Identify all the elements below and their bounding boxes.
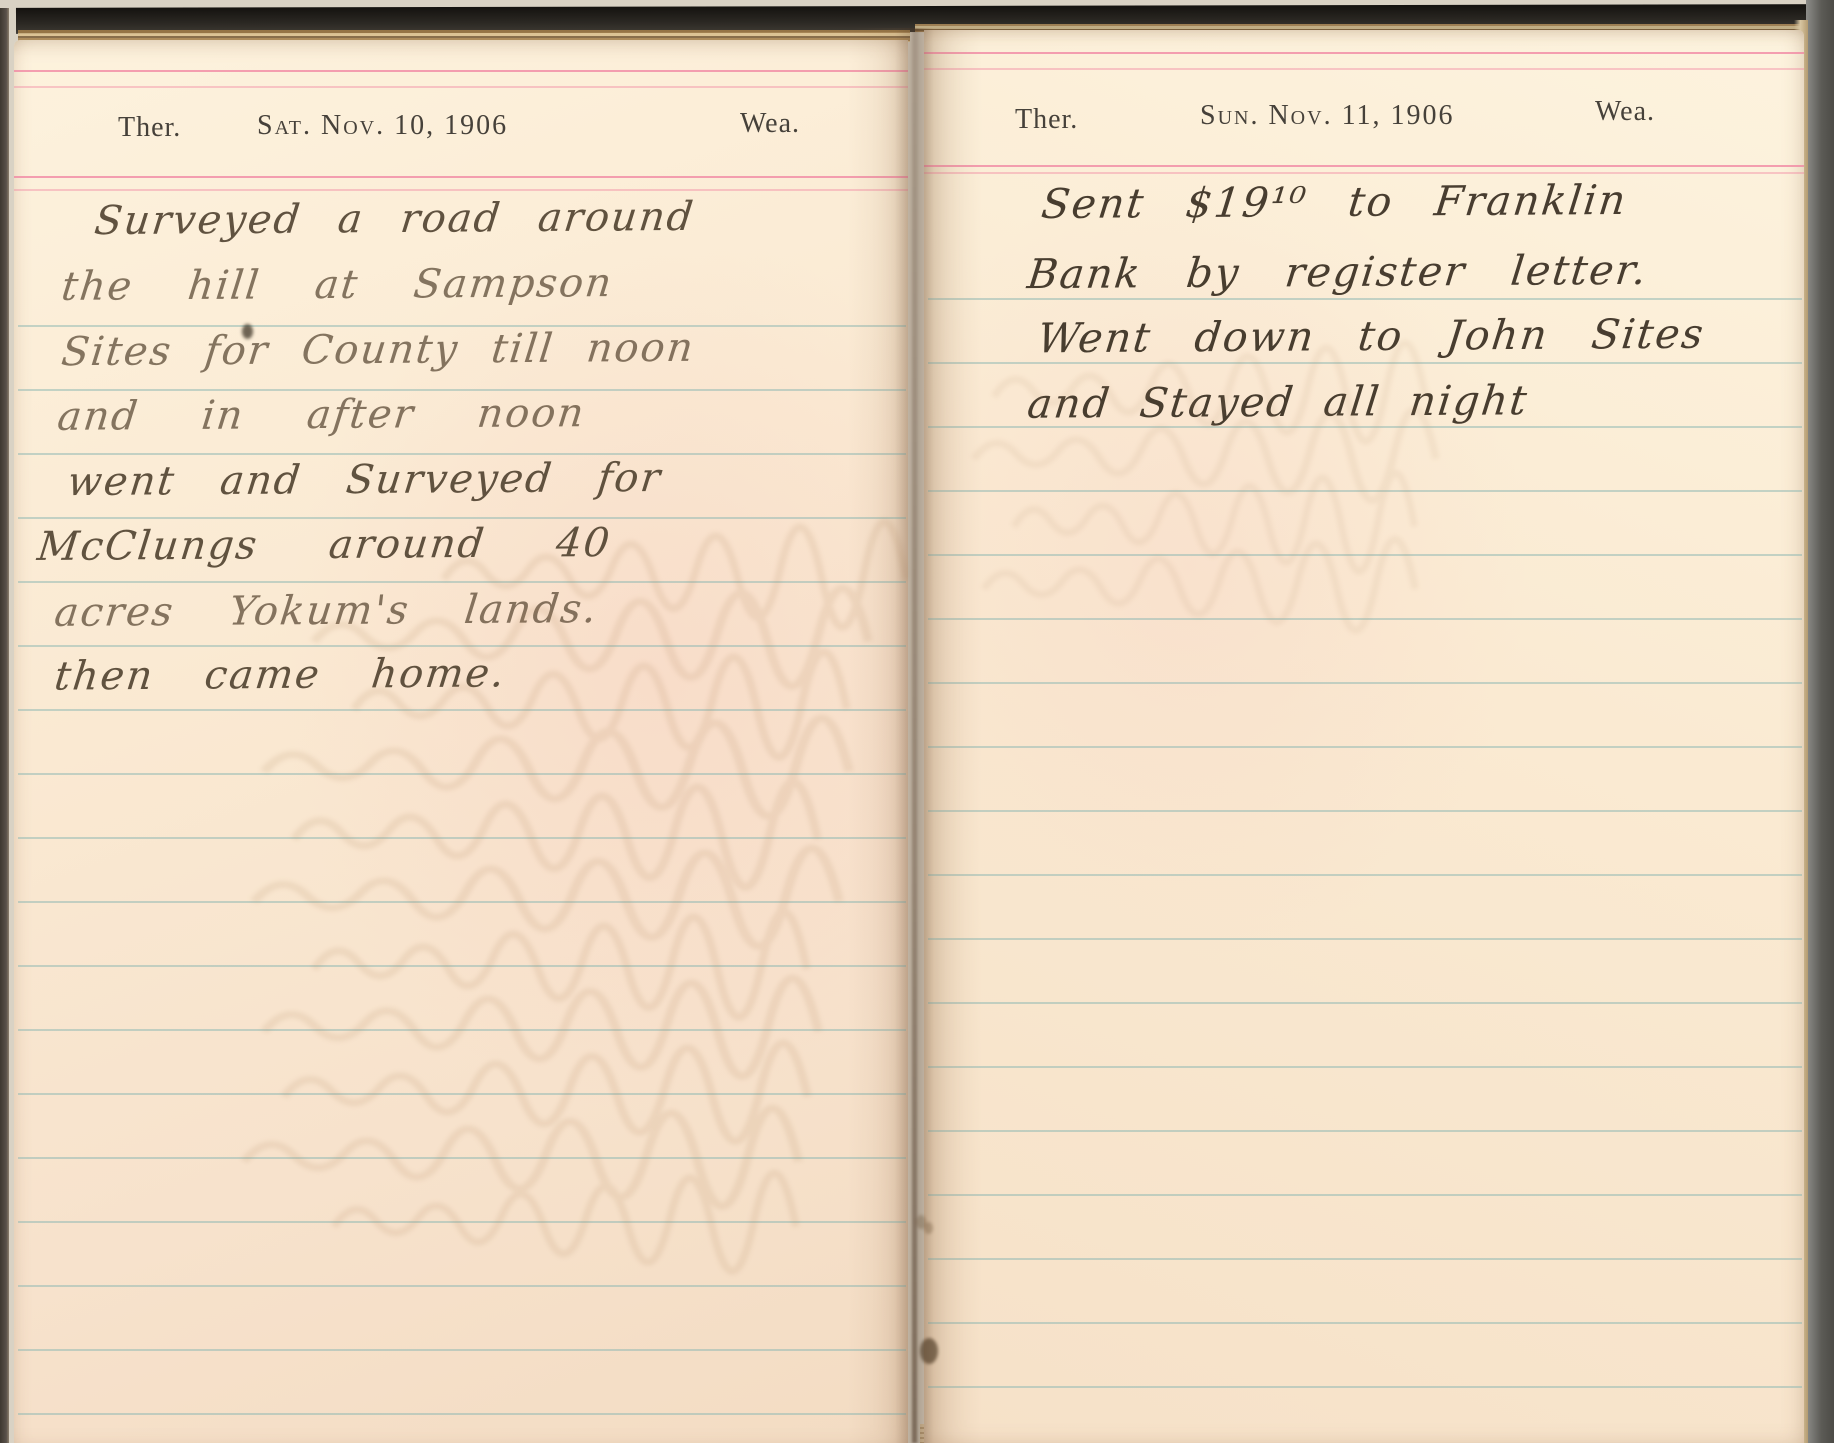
date-label: Sun. Nov. 11, 1906 bbox=[1200, 100, 1455, 132]
diary-entry-line: Sent $19¹⁰ to Franklin bbox=[1039, 176, 1630, 228]
pink-rule bbox=[14, 189, 908, 191]
diary-entry-line: McClungs around 40 bbox=[35, 520, 614, 570]
diary-entry-line: and in after noon bbox=[55, 390, 588, 440]
gutter-smudge bbox=[916, 1215, 926, 1229]
diary-entry-line: the hill at Sampson bbox=[59, 260, 616, 310]
book-right-edge bbox=[1806, 0, 1834, 1443]
wea-label: Wea. bbox=[1595, 96, 1655, 128]
pink-rule bbox=[14, 176, 908, 178]
pink-rule bbox=[924, 52, 1804, 54]
diary-entry-line: then came home. bbox=[52, 650, 508, 699]
diary-scan: Ther. Sat. Nov. 10, 1906 Wea. Surveyed a… bbox=[0, 0, 1834, 1443]
pink-rule bbox=[14, 70, 908, 72]
diary-entry-line: Surveyed a road around bbox=[92, 194, 697, 244]
wea-label: Wea. bbox=[740, 108, 800, 140]
blue-ruling bbox=[18, 264, 906, 1440]
book-left-edge bbox=[0, 8, 9, 1443]
left-page: Ther. Sat. Nov. 10, 1906 Wea. Surveyed a… bbox=[14, 40, 908, 1443]
pink-rule bbox=[924, 68, 1804, 70]
pink-rule bbox=[924, 172, 1804, 174]
diary-entry-line: went and Surveyed for bbox=[65, 455, 664, 505]
ink-blot bbox=[242, 324, 253, 339]
pink-rule bbox=[14, 86, 908, 88]
right-page: Ther. Sun. Nov. 11, 1906 Wea. Sent $19¹⁰… bbox=[924, 30, 1804, 1443]
diary-entry-line: and Stayed all night bbox=[1025, 376, 1531, 427]
diary-entry-line: acres Yokum's lands. bbox=[52, 586, 600, 636]
diary-entry-line: Went down to John Sites bbox=[1035, 310, 1708, 363]
diary-entry-line: Sites for County till noon bbox=[59, 325, 697, 375]
gutter-smudge bbox=[920, 1338, 938, 1364]
ther-label: Ther. bbox=[1015, 104, 1078, 136]
ther-label: Ther. bbox=[118, 112, 181, 144]
pink-rule bbox=[924, 165, 1804, 167]
diary-entry-line: Bank by register letter. bbox=[1025, 246, 1651, 298]
date-label: Sat. Nov. 10, 1906 bbox=[257, 110, 508, 142]
